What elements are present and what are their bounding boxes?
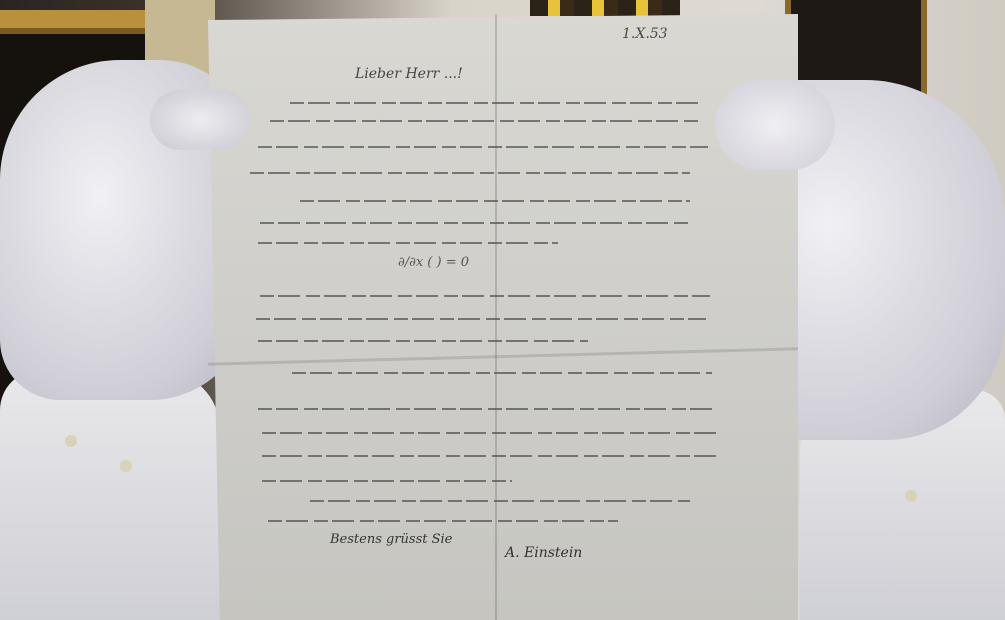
handwriting-line: [290, 102, 700, 104]
letter-formula: ∂/∂x ( ) = 0: [398, 255, 469, 270]
cuff-button: [120, 460, 132, 472]
handwriting-line: [262, 432, 722, 434]
handwriting-line: [250, 172, 690, 174]
handwriting-line: [260, 222, 690, 224]
cuff-button: [905, 490, 917, 502]
picture-frame-top: [530, 0, 680, 16]
handwriting-line: [256, 318, 706, 320]
handwriting-line: [258, 408, 718, 410]
photo-scene: 1.X.53 Lieber Herr ...! ∂/∂x ( ) = 0 Bes…: [0, 0, 1005, 620]
handwriting-line: [258, 242, 558, 244]
cuff-button: [65, 435, 77, 447]
left-thumb: [150, 90, 250, 150]
handwriting-line: [260, 295, 710, 297]
letter-salutation: Lieber Herr ...!: [355, 66, 463, 82]
left-shirt-sleeve: [0, 370, 220, 620]
letter-signature: A. Einstein: [505, 545, 582, 561]
letter-paper: [208, 14, 798, 620]
handwriting-line: [292, 372, 712, 374]
right-thumb: [715, 80, 835, 170]
letter-date: 1.X.53: [622, 26, 668, 42]
letter-closing: Bestens grüsst Sie: [330, 532, 452, 547]
handwriting-line: [262, 480, 512, 482]
vertical-fold: [495, 14, 497, 620]
handwriting-line: [262, 455, 722, 457]
handwriting-line: [270, 120, 700, 122]
handwriting-line: [258, 146, 708, 148]
handwriting-line: [310, 500, 690, 502]
handwriting-line: [300, 200, 690, 202]
handwriting-line: [258, 340, 588, 342]
handwriting-line: [268, 520, 618, 522]
